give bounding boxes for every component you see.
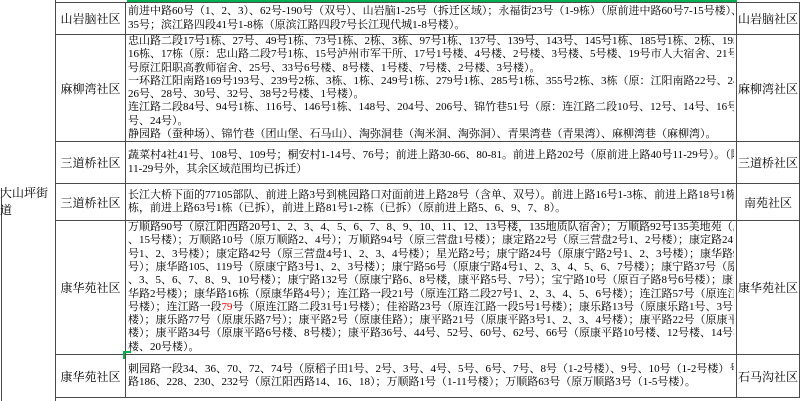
- address-text: 号楼）；连江路一段: [128, 301, 222, 313]
- community-label: 康华苑社区: [738, 279, 798, 296]
- community-cell-right[interactable]: 康华苑社区: [737, 221, 800, 354]
- community-label: 山岩脑社区: [738, 10, 798, 27]
- community-cell-left[interactable]: 康华苑社区: [56, 355, 126, 397]
- address-line: 号原江阳职高教师宿舍、25号、33号6号楼、8号楼、1号楼、7号楼、2号楼、3号…: [128, 62, 734, 75]
- community-cell-left[interactable]: 康华苑社区: [56, 221, 126, 354]
- address-line: 11-29号外，其余区域范围均已拆迁）: [128, 163, 734, 176]
- address-line: 35号；滨江路四段41号1-8栋（原滨江路四段7号长江现代城1-8号楼）。: [128, 19, 734, 32]
- address-line: 、3、5、6、7、8、9、10号楼）；康宁路132号（原康宁路6、8号楼，康平路…: [128, 274, 734, 287]
- table-row: 山岩脑社区 前进中路60号（1、2、3）、62号-190号（双号）、山岩脑1-2…: [56, 2, 800, 35]
- community-cell-right[interactable]: 石马沟社区: [737, 355, 800, 397]
- community-label: 康华苑社区: [60, 279, 120, 296]
- address-line: 华路2号楼）；康华路16栋（原康华路4号）；连江路一段21号（原连江路二段27号…: [128, 288, 734, 301]
- address-line: 号1、2、3号楼）；康定路42号（原三营盘4号1、2、3、4号楼）；星光路2号；…: [128, 248, 734, 261]
- community-cell-left[interactable]: 麻柳湾社区: [56, 35, 126, 141]
- community-cell-left[interactable]: 山岩脑社区: [56, 3, 126, 34]
- community-cell-right[interactable]: 三道桥社区: [737, 142, 800, 183]
- spreadsheet-viewport: 大山坪街道 山岩脑社区 前进中路60号（1、2、3）、62号-190号（双号）、…: [0, 0, 800, 401]
- address-line: 静园路（蚕种场）、锦竹巷（团山堡、石马山）、淘弥洞巷（淘米洞、淘弥洞）、青果湾巷…: [128, 128, 734, 141]
- address-line: 忠山路二段17号1栋、27号、49号1栋、73号1栋、2栋、3栋、97号1栋、1…: [128, 35, 734, 48]
- community-label: 麻柳湾社区: [738, 80, 798, 97]
- community-label: 三道桥社区: [738, 154, 798, 171]
- address-line: 长江大桥下面的77105部队、前进上路3号到桃园路口对面前进上路28号（含单、双…: [128, 189, 734, 202]
- address-cell[interactable]: 前进中路60号（1、2、3）、62号-190号（双号）、山岩脑1-25号（拆迁区…: [126, 3, 737, 34]
- community-cell-right[interactable]: 山岩脑社区: [737, 3, 800, 34]
- address-cell[interactable]: 蔬菜村4社41号、108号、109号；桐安村1-14号、76号；前进上路30-6…: [126, 142, 737, 183]
- address-line: 蔬菜村4社41号、108号、109号；桐安村1-14号、76号；前进上路30-6…: [128, 149, 734, 162]
- community-label: 山岩脑社区: [60, 10, 120, 27]
- table-row: 康华苑社区 万顺路90号（原江阳西路20号1、2、3、4、5、6、7、8、9、1…: [56, 221, 800, 355]
- community-label: 康华苑社区: [60, 368, 120, 385]
- community-cell-right[interactable]: 麻柳湾社区: [737, 35, 800, 141]
- community-cell-left[interactable]: 三道桥社区: [56, 184, 126, 220]
- address-line: 一环路江阳南路169号193号、239号2栋、3栋、1栋、249号1栋、279号…: [128, 75, 734, 88]
- address-cell[interactable]: 长江大桥下面的77105部队、前进上路3号到桃园路口对面前进上路28号（含单、双…: [126, 184, 737, 220]
- table-row: 麻柳湾社区 忠山路二段17号1栋、27号、49号1栋、73号1栋、2栋、3栋、9…: [56, 35, 800, 142]
- community-cell-right[interactable]: 南苑社区: [737, 184, 800, 220]
- address-line: 连江路二段84号、94号1栋、116号、146号1栋、148号、204号、206…: [128, 101, 734, 114]
- address-line: 前进中路60号（1、2、3）、62号-190号（双号）、山岩脑1-25号（拆迁区…: [128, 5, 734, 18]
- address-line: 楼）；康乐路77号（原康乐路7号）；康平路2号（原康佳路）；康平路21号（原康平…: [128, 314, 734, 327]
- address-line: 刺园路一段34、36、70、72、74号（原稻子田1号、2号、3号、4号、5号、…: [128, 363, 734, 376]
- address-line: 楼）；康平路34号（原康平路6号楼、8号楼）；康平路36号、44号、52号、60…: [128, 327, 734, 340]
- community-cell-left[interactable]: 三道桥社区: [56, 142, 126, 183]
- address-text: 号（原连江路二段31号1号楼）；佳裕路23号（原连江路一段5号1号楼）；康乐路1…: [233, 301, 735, 313]
- table-row: 三道桥社区 长江大桥下面的77105部队、前进上路3号到桃园路口对面前进上路28…: [56, 184, 800, 221]
- address-cell[interactable]: 刺园路一段34、36、70、72、74号（原稻子田1号、2号、3号、4号、5号、…: [126, 355, 737, 397]
- community-label: 三道桥社区: [60, 154, 120, 171]
- street-office-cell[interactable]: 大山坪街道: [0, 0, 56, 401]
- community-label: 南苑社区: [744, 194, 792, 211]
- community-label: 三道桥社区: [60, 194, 120, 211]
- address-line: 16栋、17栋（原：忠山路二段7号1栋、15号泸州市军干所、17号1号楼、4号楼…: [128, 48, 734, 61]
- address-line: 路186、228、230、232号（原江阳西路14、16、18）；万顺路1号（1…: [128, 376, 734, 389]
- address-line: 、15号楼）；万顺路10号（原万顺路2、4号）；万顺路94号（原三营盘1号楼）；…: [128, 234, 734, 247]
- community-label: 石马沟社区: [738, 368, 798, 385]
- table-row: 康华苑社区 刺园路一段34、36、70、72、74号（原稻子田1号、2号、3号、…: [56, 355, 800, 398]
- table-row: 三道桥社区 蔬菜村4社41号、108号、109号；桐安村1-14号、76号；前进…: [56, 142, 800, 184]
- address-line: 楼、20号楼）。: [128, 341, 734, 354]
- street-office-label: 大山坪街道: [0, 184, 55, 218]
- address-cell[interactable]: 万顺路90号（原江阳西路20号1、2、3、4、5、6、7、8、9、10、11、1…: [126, 221, 737, 354]
- address-line: 万顺路90号（原江阳西路20号1、2、3、4、5、6、7、8、9、10、11、1…: [128, 221, 734, 234]
- highlighted-number: 79: [222, 301, 233, 313]
- address-line: 栋，前进上路63号1栋（已拆），前进上路81号1-2栋（已拆）（原前进上路5、6…: [128, 202, 734, 215]
- address-line-with-highlight: 号楼）；连江路一段79号（原连江路二段31号1号楼）；佳裕路23号（原连江路一段…: [128, 301, 734, 314]
- selection-corner: [123, 351, 125, 359]
- address-cell[interactable]: 忠山路二段17号1栋、27号、49号1栋、73号1栋、2栋、3栋、97号1栋、1…: [126, 35, 737, 141]
- address-line: 26号、28号、30号、32号、38号2号楼、1号楼）。: [128, 88, 734, 101]
- address-line: 号、24号）。: [128, 115, 734, 128]
- community-label: 麻柳湾社区: [60, 80, 120, 97]
- selection-border-top: [127, 0, 737, 2]
- address-line: 号）；康华路105、119号（原康宁路3号1、2、3号楼）；康宁路56号（原康宁…: [128, 261, 734, 274]
